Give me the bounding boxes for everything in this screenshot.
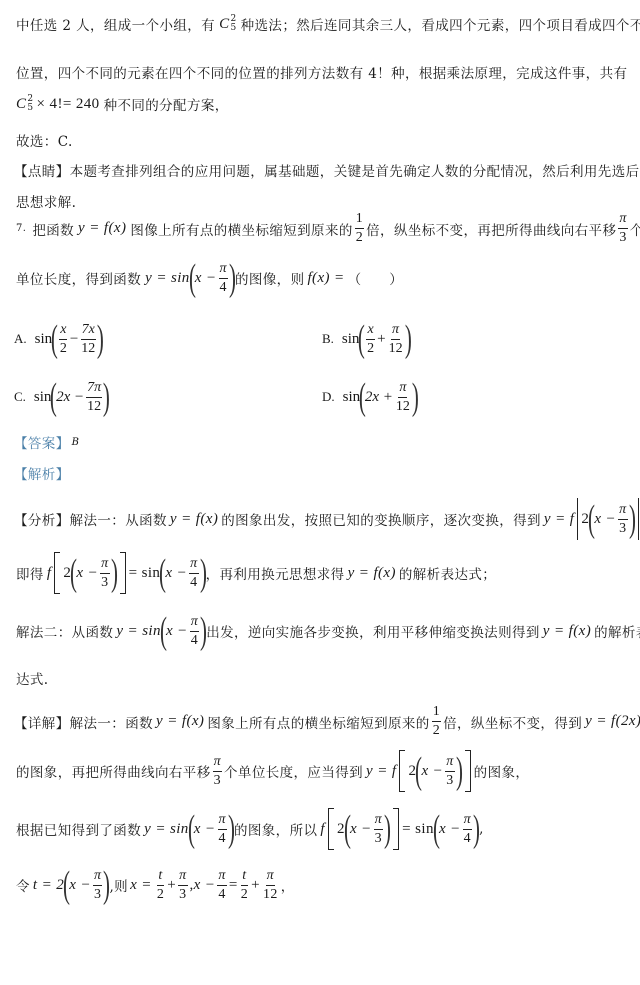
right-paren: ) bbox=[229, 259, 236, 297]
fraction-pi-over-3: π3 bbox=[100, 557, 109, 590]
conclusion-text: 故选：C. bbox=[16, 130, 73, 150]
detail-line-3: 根据已知得到了函数 y = sin ( x − π4 ) 的图象，所以 f 2 … bbox=[16, 808, 632, 850]
detail-text: 令 bbox=[16, 875, 30, 895]
operator: − bbox=[70, 331, 78, 348]
left-paren: ( bbox=[188, 810, 195, 848]
question-text: 倍，纵坐标不变，再把所得曲线向右平移 bbox=[366, 219, 616, 239]
question-text: 单位长度，得到函数 bbox=[16, 268, 141, 288]
fraction: 7π12 bbox=[86, 381, 102, 414]
fraction-pi-over-3: π3 bbox=[618, 503, 627, 536]
detail-line-1: 【详解】 解法一：函数 y = f(x) 图象上所有点的横坐标缩短到原来的 12… bbox=[14, 705, 632, 738]
answer-label: 【答案】 bbox=[14, 432, 70, 452]
combination-indices: 2 5 bbox=[27, 95, 33, 113]
analysis-line-4: 达式. bbox=[16, 668, 632, 688]
fraction-pi-over-4: π4 bbox=[218, 813, 227, 846]
math-expression: t = 2 bbox=[33, 877, 64, 894]
left-paren: ( bbox=[63, 866, 70, 904]
right-bracket bbox=[638, 498, 639, 540]
right-paren: ) bbox=[103, 866, 110, 904]
fraction-pi-over-3: π3 bbox=[374, 813, 383, 846]
math-function: sin bbox=[35, 331, 53, 348]
answer-line: 【答案】 B bbox=[14, 432, 632, 452]
analysis-line-1: 【分析】 解法一：从函数 y = f(x) 的图象出发，按照已知的变换顺序，逐次… bbox=[14, 498, 632, 540]
combination-symbol: C bbox=[219, 16, 229, 33]
fraction-pi-over-4: π4 bbox=[189, 557, 198, 590]
math-function: sin bbox=[342, 331, 360, 348]
fraction-pi-over-12: π12 bbox=[262, 869, 279, 902]
detail-text: 的图象，所以 bbox=[234, 819, 317, 839]
question-text: 图像上所有点的横坐标缩短到原来的 bbox=[130, 219, 352, 239]
detail-text: ,则 bbox=[109, 875, 128, 895]
left-paren: ( bbox=[70, 554, 77, 592]
right-paren: ) bbox=[456, 752, 463, 790]
conclusion: 故选：C. bbox=[16, 130, 632, 150]
comment-text: 本题考查排列组合的应用问题，属基础题，关键是首先确定人数的分配情况，然后利用先选… bbox=[70, 160, 640, 180]
comment-line-1: 【点睛】 本题考查排列组合的应用问题，属基础题，关键是首先确定人数的分配情况，然… bbox=[14, 160, 632, 180]
left-paren: ( bbox=[50, 378, 57, 416]
fraction: 7x12 bbox=[80, 323, 96, 356]
option-letter: D. bbox=[322, 389, 335, 405]
detail-line-2: 的图象，再把所得曲线向右平移 π3 个单位长度，应当得到 y = f 2 ( x… bbox=[16, 750, 632, 792]
fraction-one-half: 1 2 bbox=[355, 212, 364, 245]
fraction-t-over-2: t2 bbox=[156, 869, 165, 902]
math-expression: x − bbox=[165, 565, 187, 582]
right-paren: ) bbox=[384, 810, 391, 848]
option-letter: C. bbox=[14, 389, 26, 405]
right-paren: ) bbox=[103, 378, 110, 416]
math-expression: x − bbox=[195, 270, 217, 287]
question-number: 7. bbox=[16, 223, 26, 234]
right-bracket bbox=[393, 808, 399, 850]
option-b[interactable]: B. sin ( x2 + π12 ) bbox=[322, 320, 410, 358]
detail-text: 个单位长度，应当得到 bbox=[224, 761, 363, 781]
math-expression: 2x − bbox=[56, 389, 84, 406]
right-paren: ) bbox=[473, 810, 480, 848]
detail-label: 【详解】 bbox=[14, 712, 70, 732]
math-expression: x − bbox=[421, 763, 443, 780]
combination-symbol: C bbox=[16, 96, 26, 113]
operator: + bbox=[377, 331, 385, 348]
detail-text: 根据已知得到了函数 bbox=[16, 819, 141, 839]
math-expression: x − bbox=[69, 877, 91, 894]
math-expression: y = f(x) bbox=[156, 713, 204, 730]
left-bracket bbox=[328, 808, 334, 850]
answer-value: B bbox=[72, 437, 80, 448]
math-expression: x − bbox=[194, 877, 216, 894]
math-expression: y = f(x) bbox=[543, 623, 591, 640]
math-expression: y = f(2x) bbox=[585, 713, 640, 730]
answer-blank: （ ） bbox=[348, 268, 404, 288]
detail-text: 解法一：函数 bbox=[70, 712, 153, 732]
math-expression: x − bbox=[594, 511, 616, 528]
fraction-pi-over-4: π 4 bbox=[219, 262, 228, 295]
analysis-text: 达式. bbox=[16, 668, 49, 688]
math-expression: x − bbox=[350, 821, 372, 838]
fraction-t-over-2: t2 bbox=[240, 869, 249, 902]
analysis-text: 的解析表 bbox=[594, 621, 640, 641]
fraction-pi-over-3: π3 bbox=[93, 869, 102, 902]
right-paren: ) bbox=[228, 810, 235, 848]
left-paren: ( bbox=[160, 612, 167, 650]
question-text: 的图像，则 bbox=[235, 268, 305, 288]
math-expression: y = f(x) bbox=[170, 511, 218, 528]
math-expression: y = f bbox=[544, 511, 574, 528]
right-paren: ) bbox=[628, 500, 635, 538]
math-expression: y = sin bbox=[144, 821, 189, 838]
left-paren: ( bbox=[433, 810, 440, 848]
right-paren: ) bbox=[110, 554, 117, 592]
math-expression: x − bbox=[76, 565, 98, 582]
intro-text: 位置，四个不同的元素在四个不同的位置的排列方法数有 4！种，根据乘法原理，完成这… bbox=[16, 62, 627, 82]
analysis-text: 出发，逆向实施各步变换，利用平移伸缩变换法则得到 bbox=[206, 621, 540, 641]
fraction-one-half: 12 bbox=[432, 705, 441, 738]
option-letter: B. bbox=[322, 331, 334, 347]
analysis-text: 即得 bbox=[16, 563, 44, 583]
left-bracket bbox=[577, 498, 578, 540]
fraction-pi-over-4: π4 bbox=[217, 869, 226, 902]
intro-line-3: C 2 5 × 4!= 240 种不同的分配方案， bbox=[16, 94, 632, 114]
comment-line-2: 思想求解. bbox=[16, 191, 632, 211]
math-expression: x − bbox=[194, 821, 216, 838]
intro-text: 种不同的分配方案， bbox=[104, 94, 229, 114]
combination-indices: 2 5 bbox=[230, 15, 236, 33]
question-7-line-1: 7. 把函数 y = f(x) 图像上所有点的横坐标缩短到原来的 1 2 倍，纵… bbox=[16, 212, 632, 245]
fraction-pi-over-3: π3 bbox=[445, 755, 454, 788]
comment-label: 【点睛】 bbox=[14, 160, 70, 180]
left-paren: ( bbox=[358, 320, 365, 358]
fraction-pi-over-4: π4 bbox=[463, 813, 472, 846]
right-paren: ) bbox=[97, 320, 104, 358]
intro-text: 种选法；然后连同其余三人，看成四个元素，四个项目看成四个不同的 bbox=[241, 14, 640, 34]
right-bracket bbox=[120, 552, 126, 594]
detail-text: 的图象，再把所得曲线向右平移 bbox=[16, 761, 211, 781]
math-function: sin bbox=[343, 389, 361, 406]
left-paren: ( bbox=[159, 554, 166, 592]
fraction: x2 bbox=[59, 323, 68, 356]
fraction-pi-over-3: π3 bbox=[178, 869, 187, 902]
math-expression: x − bbox=[166, 623, 188, 640]
question-text: 把函数 bbox=[32, 219, 74, 239]
left-paren: ( bbox=[588, 500, 595, 538]
intro-text: 中任选 2 人，组成一个小组，有 bbox=[16, 14, 215, 34]
math-expression: x − bbox=[439, 821, 461, 838]
left-paren: ( bbox=[189, 259, 196, 297]
fraction: x2 bbox=[366, 323, 375, 356]
analysis-sub-label: 【分析】 bbox=[14, 509, 70, 529]
math-function: sin bbox=[34, 389, 52, 406]
analysis-line-2: 即得 f 2 ( x − π3 ) = sin ( x − π4 ) ，再利用换… bbox=[16, 552, 632, 594]
option-c[interactable]: C. sin ( 2x − 7π12 ) bbox=[14, 378, 109, 416]
left-paren: ( bbox=[415, 752, 422, 790]
math-expression: 2x + bbox=[365, 389, 393, 406]
option-letter: A. bbox=[14, 331, 27, 347]
math-expression: y = f bbox=[366, 763, 396, 780]
left-paren: ( bbox=[51, 320, 58, 358]
option-a[interactable]: A. sin ( x2 − 7x12 ) bbox=[14, 320, 103, 358]
analysis-text: 解法一：从函数 bbox=[70, 509, 167, 529]
fraction: π12 bbox=[388, 323, 404, 356]
detail-text: 的图象， bbox=[474, 761, 530, 781]
option-d[interactable]: D. sin ( 2x + π12 ) bbox=[322, 378, 418, 416]
intro-line-1: 中任选 2 人，组成一个小组，有 C 2 5 种选法；然后连同其余三人，看成四个… bbox=[16, 14, 632, 34]
math-expression: y = f(x) bbox=[78, 220, 126, 237]
math-expression: y = f(x) bbox=[348, 565, 396, 582]
analysis-text: 解法二：从函数 bbox=[16, 621, 113, 641]
detail-text: ， bbox=[281, 875, 295, 895]
detail-text: 图象上所有点的横坐标缩短到原来的 bbox=[207, 712, 429, 732]
right-paren: ) bbox=[200, 612, 207, 650]
right-paren: ) bbox=[412, 378, 419, 416]
comment-text: 思想求解. bbox=[16, 191, 76, 211]
fraction-pi-over-3: π 3 bbox=[618, 212, 627, 245]
analysis-text: 的图象出发，按照已知的变换顺序，逐次变换，得到 bbox=[221, 509, 541, 529]
analysis-text: 的解析表达式； bbox=[399, 563, 496, 583]
math-expression: y = sin bbox=[145, 270, 190, 287]
detail-line-4: 令 t = 2 ( x − π3 ) ,则 x = t2 + π3 , x − … bbox=[16, 866, 632, 904]
question-7-line-2: 单位长度，得到函数 y = sin ( x − π 4 ) 的图像，则 f(x)… bbox=[16, 259, 632, 297]
analysis-label: 【解析】 bbox=[14, 463, 70, 483]
analysis-line-3: 解法二：从函数 y = sin ( x − π4 ) 出发，逆向实施各步变换，利… bbox=[16, 612, 632, 650]
fraction: π12 bbox=[395, 381, 411, 414]
count-equation: × 4!= 240 bbox=[37, 96, 100, 113]
left-paren: ( bbox=[344, 810, 351, 848]
math-expression: f(x) = bbox=[307, 270, 344, 287]
left-bracket bbox=[54, 552, 60, 594]
detail-text: 倍，纵坐标不变，得到 bbox=[443, 712, 582, 732]
fraction-pi-over-3: π3 bbox=[213, 755, 222, 788]
math-expression: x = bbox=[130, 877, 152, 894]
math-expression: y = sin bbox=[116, 623, 161, 640]
analysis-text: ，再利用换元思想求得 bbox=[206, 563, 345, 583]
question-text: 个 bbox=[630, 219, 640, 239]
fraction-pi-over-4: π4 bbox=[190, 615, 199, 648]
intro-line-2: 位置，四个不同的元素在四个不同的位置的排列方法数有 4！种，根据乘法原理，完成这… bbox=[16, 62, 632, 82]
left-bracket bbox=[399, 750, 405, 792]
left-paren: ( bbox=[359, 378, 366, 416]
right-paren: ) bbox=[404, 320, 411, 358]
analysis-heading: 【解析】 bbox=[14, 463, 632, 483]
right-bracket bbox=[465, 750, 471, 792]
right-paren: ) bbox=[199, 554, 206, 592]
